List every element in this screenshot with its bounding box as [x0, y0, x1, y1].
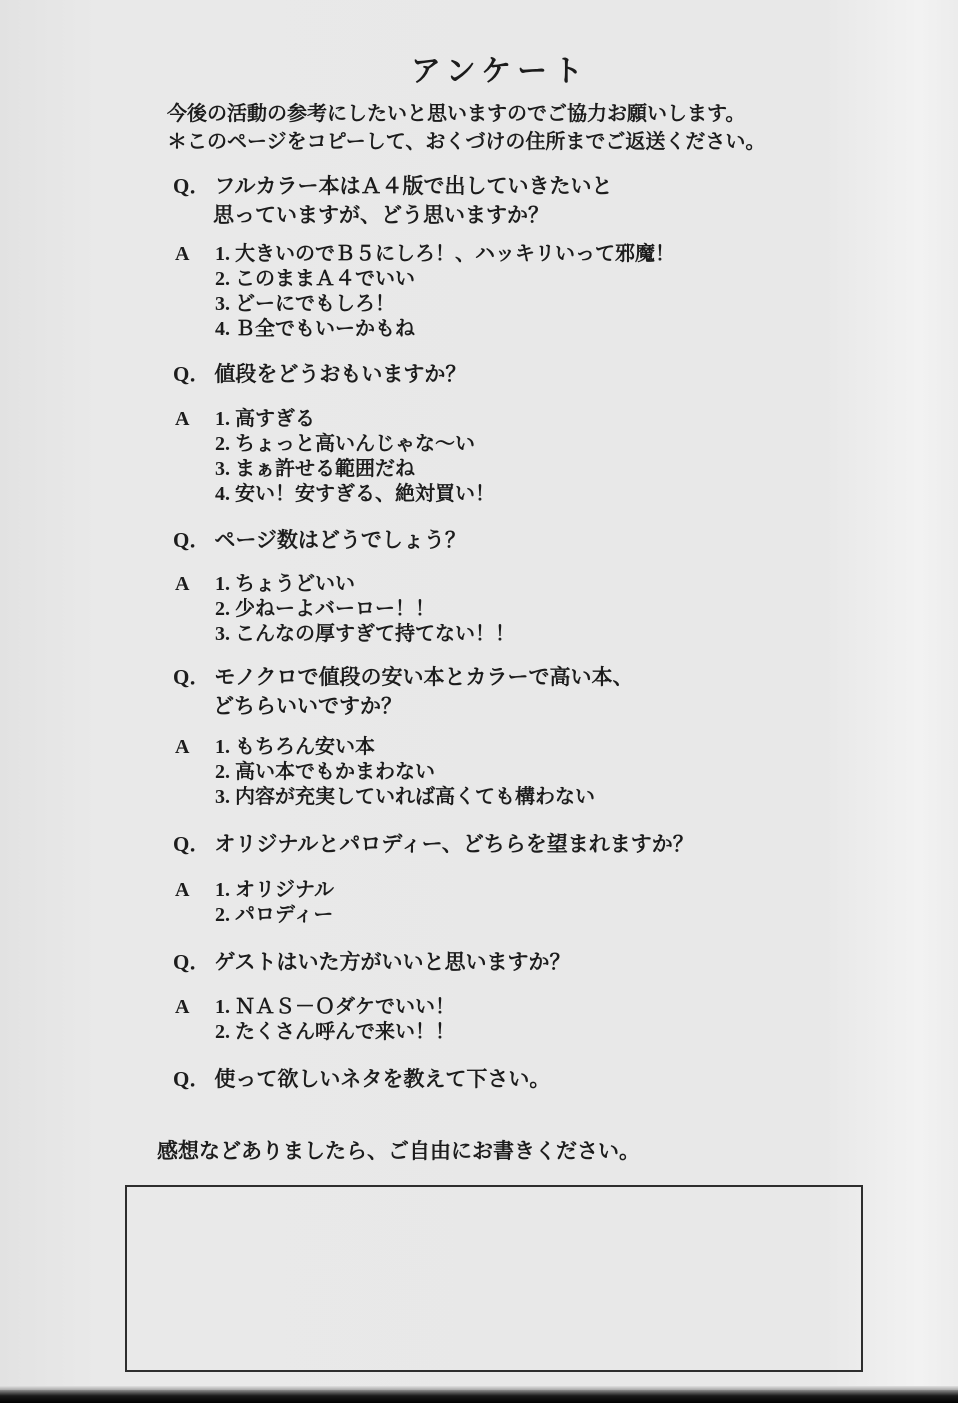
question-6-text: ゲストはいた方がいいと思いますか？	[214, 950, 570, 974]
question-7-text: 使って欲しいネタを教えて下さい。	[214, 1067, 550, 1091]
answers-4: A 1. もちろん安い本 2. 高い本でもかまわない 3. 内容が充実していれば…	[175, 735, 595, 810]
question-3: Q．ページ数はどうでしょう？	[173, 526, 466, 555]
question-5: Q．オリジナルとパロディー、どちらを望まれますか？	[173, 830, 694, 859]
question-2-label: Q．	[173, 362, 210, 386]
intro-text: 今後の活動の参考にしたいと思いますのでご協力お願いします。 ＊このページをコピー…	[167, 100, 765, 156]
question-3-text: ページ数はどうでしょう？	[214, 528, 466, 552]
page-title: アンケート	[170, 46, 830, 90]
answers-1-label: A	[175, 242, 215, 342]
answer-option: 1. 高すぎる	[215, 407, 495, 432]
answer-option: 2. 少ねーよバーロー！！	[215, 597, 515, 622]
question-4-text-cont: どちらいいですか？	[213, 692, 634, 721]
question-5-text: オリジナルとパロディー、どちらを望まれますか？	[214, 832, 693, 856]
answers-3-label: A	[175, 572, 215, 647]
answer-option: 2. パロディー	[215, 903, 334, 928]
intro-line-1: 今後の活動の参考にしたいと思いますのでご協力お願いします。	[167, 100, 765, 128]
answer-option: 4. Ｂ全でもいーかもね	[215, 317, 675, 342]
answer-option: 1. オリジナル	[215, 878, 334, 903]
question-5-label: Q．	[173, 832, 210, 856]
answer-option: 1. ＮＡＳ－Ｏダケでいい！	[215, 995, 455, 1020]
question-7-label: Q．	[173, 1067, 210, 1091]
answers-6-label: A	[175, 995, 215, 1045]
comment-box	[125, 1185, 863, 1372]
question-2-text: 値段をどうおもいますか？	[214, 362, 466, 386]
answer-option: 2. 高い本でもかまわない	[215, 760, 595, 785]
question-6: Q．ゲストはいた方がいいと思いますか？	[173, 948, 571, 977]
question-1-label: Q．	[173, 174, 210, 198]
question-1-text-cont: 思っていますが、どう思いますか？	[213, 201, 613, 230]
answers-3: A 1. ちょうどいい 2. 少ねーよバーロー！！ 3. こんなの厚すぎて持てな…	[175, 572, 515, 647]
free-comment-prompt: 感想などありましたら、ご自由にお書きください。	[157, 1135, 640, 1165]
answer-option: 3. こんなの厚すぎて持てない！！	[215, 622, 515, 647]
question-4-label: Q．	[173, 665, 210, 689]
answer-option: 3. まぁ許せる範囲だね	[215, 457, 495, 482]
question-1: Q．フルカラー本はＡ４版で出していきたいと 思っていますが、どう思いますか？	[173, 172, 613, 230]
answers-5: A 1. オリジナル 2. パロディー	[175, 878, 334, 928]
answers-2: A 1. 高すぎる 2. ちょっと高いんじゃな～い 3. まぁ許せる範囲だね 4…	[175, 407, 495, 507]
answer-option: 4. 安い！安すぎる、絶対買い！	[215, 482, 495, 507]
scan-edge-bar	[0, 1390, 958, 1403]
question-2: Q．値段をどうおもいますか？	[173, 360, 466, 389]
answer-option: 1. もちろん安い本	[215, 735, 595, 760]
answers-4-label: A	[175, 735, 215, 810]
question-3-label: Q．	[173, 528, 210, 552]
answer-option: 2. このままＡ４でいい	[215, 267, 675, 292]
answer-option: 3. 内容が充実していれば高くても構わない	[215, 785, 595, 810]
answers-1: A 1. 大きいのでＢ５にしろ！、ハッキリいって邪魔！ 2. このままＡ４でいい…	[175, 242, 675, 342]
question-4-text: モノクロで値段の安い本とカラーで高い本、	[214, 665, 633, 689]
intro-line-2: ＊このページをコピーして、おくづけの住所までご返送ください。	[167, 128, 765, 156]
answers-2-label: A	[175, 407, 215, 507]
question-4: Q．モノクロで値段の安い本とカラーで高い本、 どちらいいですか？	[173, 663, 634, 721]
question-6-label: Q．	[173, 950, 210, 974]
answer-option: 2. たくさん呼んで来い！！	[215, 1020, 455, 1045]
answers-6: A 1. ＮＡＳ－Ｏダケでいい！ 2. たくさん呼んで来い！！	[175, 995, 455, 1045]
answer-option: 3. どーにでもしろ！	[215, 292, 675, 317]
answer-option: 1. ちょうどいい	[215, 572, 515, 597]
answer-option: 2. ちょっと高いんじゃな～い	[215, 432, 495, 457]
question-1-text: フルカラー本はＡ４版で出していきたいと	[214, 174, 612, 198]
question-7: Q．使って欲しいネタを教えて下さい。	[173, 1065, 550, 1094]
scanned-questionnaire-page: アンケート 今後の活動の参考にしたいと思いますのでご協力お願いします。 ＊このペ…	[0, 0, 958, 1403]
answer-option: 1. 大きいのでＢ５にしろ！、ハッキリいって邪魔！	[215, 242, 675, 267]
answers-5-label: A	[175, 878, 215, 928]
